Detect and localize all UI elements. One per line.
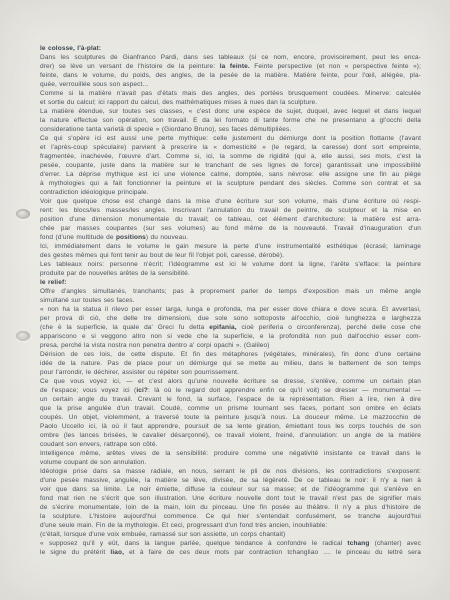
- bold-text-segment: le relief:: [40, 279, 67, 286]
- text-segment: consideratione tanta varietà di specie »…: [40, 126, 291, 133]
- text-segment: Idéologie prise dans sa masse radiale, e…: [40, 468, 421, 475]
- text-line: drer) se lève un versant de l'histoire d…: [40, 62, 421, 71]
- text-line: rent: les blocs/les masses/les angles. I…: [40, 206, 421, 215]
- text-line: per prova di ciò, che delle tre dimensio…: [40, 314, 421, 323]
- text-segment: coupés. Un objet, violemment, a traversé…: [40, 414, 421, 421]
- text-line: Ici, immédiatement dans le volume le gai…: [40, 242, 421, 251]
- text-line: pour l'arrondir, le déchirer, assister o…: [40, 368, 421, 377]
- text-segment: La matière étendue, sur toutes ses class…: [40, 108, 421, 115]
- text-line: un certain angle du travail. Crevant le …: [40, 395, 421, 404]
- bold-text-segment: la feinte.: [220, 63, 250, 70]
- document-page: le colosse, l'à-plat:Dans les sculptures…: [0, 0, 450, 600]
- text-line: (che è la superficie, la quale da' Greci…: [40, 323, 421, 332]
- text-line: Dérision de ces lois, de cette dispute. …: [40, 350, 421, 359]
- text-line: voir que dans sa limite. Le noir émiette…: [40, 485, 421, 494]
- text-line: Dans les sculptures de Gianfranco Pardi,…: [40, 53, 421, 62]
- text-segment: fond mat rien ne s'écrit que son illustr…: [40, 495, 421, 502]
- heading-line: le colosse, l'à-plat:: [40, 44, 421, 53]
- text-line: Paolo Uccello ici, là où il faut apprend…: [40, 422, 421, 431]
- text-segment: Dérision de ces lois, de cette dispute. …: [40, 351, 421, 358]
- text-segment: fond (d'une multitude de: [40, 234, 116, 241]
- text-segment: d'errer. La déprise mythique est ici une…: [40, 171, 421, 178]
- text-segment: « non ha la statua il rilevo per esser l…: [40, 306, 421, 313]
- text-segment: (che è la superficie, la quale da' Greci…: [40, 324, 209, 331]
- text-segment: ) du nouveau.: [146, 234, 188, 241]
- bold-text-segment: liao,: [110, 549, 124, 556]
- text-line: et sortie du calcul; ici rapport du calc…: [40, 98, 421, 107]
- text-segment: Ici, immédiatement dans le volume le gai…: [40, 243, 421, 250]
- bold-text-segment: ici?: [136, 387, 148, 394]
- text-segment: pesée, coupante, juste dans la matière s…: [40, 162, 421, 169]
- text-segment: un certain angle du travail. Crevant le …: [40, 396, 421, 403]
- text-segment: volume coupant de son annulation.: [40, 459, 146, 466]
- text-segment: fragmentée, inachevée, l'œuvre d'art. Co…: [40, 153, 421, 160]
- text-segment: des gestes mêmes qui font tenir au bout …: [40, 252, 284, 259]
- text-line: appariscono e si veggono altro non si ve…: [40, 332, 421, 341]
- text-line: quée, verrouillée sous son aspect...: [40, 80, 421, 89]
- text-segment: Ce qui s'opère ici est aussi une perte m…: [40, 135, 421, 142]
- text-line: Les tableaux noirs: personne n'écrit; l'…: [40, 260, 421, 269]
- text-segment: à mythologies qui a fait fonctionner la …: [40, 180, 421, 187]
- text-line: Voir que quelque chose est changé dans l…: [40, 197, 421, 206]
- text-line: consideratione tanta varietà di specie »…: [40, 125, 421, 134]
- text-segment: et sortie du calcul; ici rapport du calc…: [40, 99, 317, 106]
- text-segment: Offre d'angles simultanés, tranchants; p…: [40, 288, 421, 295]
- text-line: volume coupant de son annulation.: [40, 458, 421, 467]
- bold-text-segment: tchang: [347, 540, 369, 547]
- text-segment: appariscono e si veggono altro non si ve…: [40, 333, 421, 340]
- text-line: Intelligence même, arêtes vives de la se…: [40, 449, 421, 458]
- text-segment: voir que dans sa limite. Le noir émiette…: [40, 486, 421, 493]
- text-segment: d'une pesée massive, angulée, la matière…: [40, 477, 421, 484]
- text-segment: Comme si la matière n'avait pas d'états …: [40, 90, 421, 97]
- text-segment: coudant son envers, rattrape son côté.: [40, 441, 158, 448]
- text-line: contradiction idéologique principale.: [40, 188, 421, 197]
- text-line: et l'après-coup spéculaire) parvient à p…: [40, 143, 421, 152]
- text-segment: feinte, dans le volume, du poids, des an…: [40, 72, 421, 79]
- text-segment: « supposez qu'il y eût, dans la langue p…: [40, 540, 347, 547]
- text-line: d'une seule main. Fin de la mythologie. …: [40, 521, 421, 530]
- text-segment: position d'une dimension monumentale du …: [40, 216, 421, 223]
- text-segment: et à faire de ces deux mots par contract…: [124, 549, 421, 556]
- text-segment: Intelligence même, arêtes vives de la se…: [40, 450, 421, 457]
- text-segment: Paolo Uccello ici, là où il faut apprend…: [40, 423, 421, 430]
- text-line: chée par masses coupantes (sur ses volum…: [40, 224, 421, 233]
- text-line: de l'espace; vous voyez ici (ici?: là où…: [40, 386, 421, 395]
- text-segment: (chanter) avec: [369, 540, 421, 547]
- text-segment: rent: les blocs/les masses/les angles. I…: [40, 207, 421, 214]
- text-segment: et l'après-coup spéculaire) parvient à p…: [40, 144, 421, 151]
- text-line: produite par de nouvelles arêtes de la s…: [40, 269, 421, 278]
- text-line: coudant son envers, rattrape son côté.: [40, 440, 421, 449]
- text-block: le colosse, l'à-plat:Dans les sculptures…: [40, 44, 421, 557]
- text-line: que la prise angulée d'un travail. Coudé…: [40, 404, 421, 413]
- bold-text-segment: positions: [116, 234, 146, 241]
- text-line: fond mat rien ne s'écrit que son illustr…: [40, 494, 421, 503]
- text-line: la nature effectue son opération, son tr…: [40, 116, 421, 125]
- text-line: « non ha la statua il rilevo per esser l…: [40, 305, 421, 314]
- text-segment: pour l'arrondir, le déchirer, assister o…: [40, 369, 239, 376]
- text-line: position d'une dimension monumentale du …: [40, 215, 421, 224]
- text-segment: la nature effectue son opération, son tr…: [40, 117, 421, 124]
- text-line: idée de la nature. Pas de place pour un …: [40, 359, 421, 368]
- text-line: fragmentée, inachevée, l'œuvre d'art. Co…: [40, 152, 421, 161]
- text-line: de s'écrire monumentale, loin de la main…: [40, 503, 421, 512]
- text-line: (c'était, lorsque d'une voix embuée, ram…: [40, 530, 421, 539]
- text-segment: Ce que vous voyez ici, — et c'est alors …: [40, 378, 421, 385]
- text-line: Offre d'angles simultanés, tranchants; p…: [40, 287, 421, 296]
- text-segment: Les tableaux noirs: personne n'écrit; l'…: [40, 261, 421, 268]
- text-segment: : là où le regard doit apprendre enfin c…: [148, 387, 421, 394]
- text-line: pesée, coupante, juste dans la matière s…: [40, 161, 421, 170]
- text-segment: cioè periferia o circonferenza), perché …: [237, 324, 421, 331]
- text-segment: le signe du prétérit: [40, 549, 110, 556]
- bold-text-segment: le colosse, l'à-plat:: [40, 45, 101, 52]
- text-segment: per prova di ciò, che delle tre dimensio…: [40, 315, 421, 322]
- text-line: feinte, dans le volume, du poids, des an…: [40, 71, 421, 80]
- text-line: Comme si la matière n'avait pas d'états …: [40, 89, 421, 98]
- text-line: Idéologie prise dans sa masse radiale, e…: [40, 467, 421, 476]
- binding-emboss-mark: [16, 331, 30, 341]
- text-line: « supposez qu'il y eût, dans la langue p…: [40, 539, 421, 548]
- text-segment: produite par de nouvelles arêtes de la s…: [40, 270, 190, 277]
- text-segment: simultané sur toutes ses faces.: [40, 297, 135, 304]
- text-segment: Dans les sculptures de Gianfranco Pardi,…: [40, 54, 421, 61]
- text-line: la sculpture. L'histoire aujourd'hui com…: [40, 512, 421, 521]
- text-segment: drer) se lève un versant de l'histoire d…: [40, 63, 220, 70]
- text-segment: que la prise angulée d'un travail. Coudé…: [40, 405, 421, 412]
- text-line: le signe du prétérit liao, et à faire de…: [40, 548, 421, 557]
- text-segment: ombre (les lances brisées, le cavalier d…: [40, 432, 421, 439]
- text-segment: d'une seule main. Fin de la mythologie. …: [40, 522, 327, 529]
- heading-line: le relief:: [40, 278, 421, 287]
- text-line: d'une pesée massive, angulée, la matière…: [40, 476, 421, 485]
- text-line: ombre (les lances brisées, le cavalier d…: [40, 431, 421, 440]
- text-line: à mythologies qui a fait fonctionner la …: [40, 179, 421, 188]
- text-line: Ce qui s'opère ici est aussi une perte m…: [40, 134, 421, 143]
- text-segment: chée par masses coupantes (sur ses volum…: [40, 225, 421, 232]
- text-line: simultané sur toutes ses faces.: [40, 296, 421, 305]
- text-segment: Voir que quelque chose est changé dans l…: [40, 198, 421, 205]
- text-line: Ce que vous voyez ici, — et c'est alors …: [40, 377, 421, 386]
- text-segment: presa, perché la vista nostra non penetr…: [40, 342, 270, 349]
- text-line: presa, perché la vista nostra non penetr…: [40, 341, 421, 350]
- text-line: fond (d'une multitude de positions) du n…: [40, 233, 421, 242]
- text-segment: de l'espace; vous voyez ici (: [40, 387, 136, 394]
- text-segment: idée de la nature. Pas de place pour un …: [40, 360, 421, 367]
- text-line: des gestes mêmes qui font tenir au bout …: [40, 251, 421, 260]
- binding-emboss-mark: [16, 209, 30, 219]
- text-segment: quée, verrouillée sous son aspect...: [40, 81, 148, 88]
- text-line: La matière étendue, sur toutes ses class…: [40, 107, 421, 116]
- bold-text-segment: epifania,: [209, 324, 236, 331]
- text-segment: contradiction idéologique principale.: [40, 189, 149, 196]
- text-segment: la sculpture. L'histoire aujourd'hui com…: [40, 513, 421, 520]
- text-segment: (c'était, lorsque d'une voix embuée, ram…: [40, 531, 285, 538]
- text-segment: de s'écrire monumentale, loin de la main…: [40, 504, 421, 511]
- text-line: coupés. Un objet, violemment, a traversé…: [40, 413, 421, 422]
- text-line: d'errer. La déprise mythique est ici une…: [40, 170, 421, 179]
- text-segment: Feinte perspective (et non « perspective…: [250, 63, 421, 70]
